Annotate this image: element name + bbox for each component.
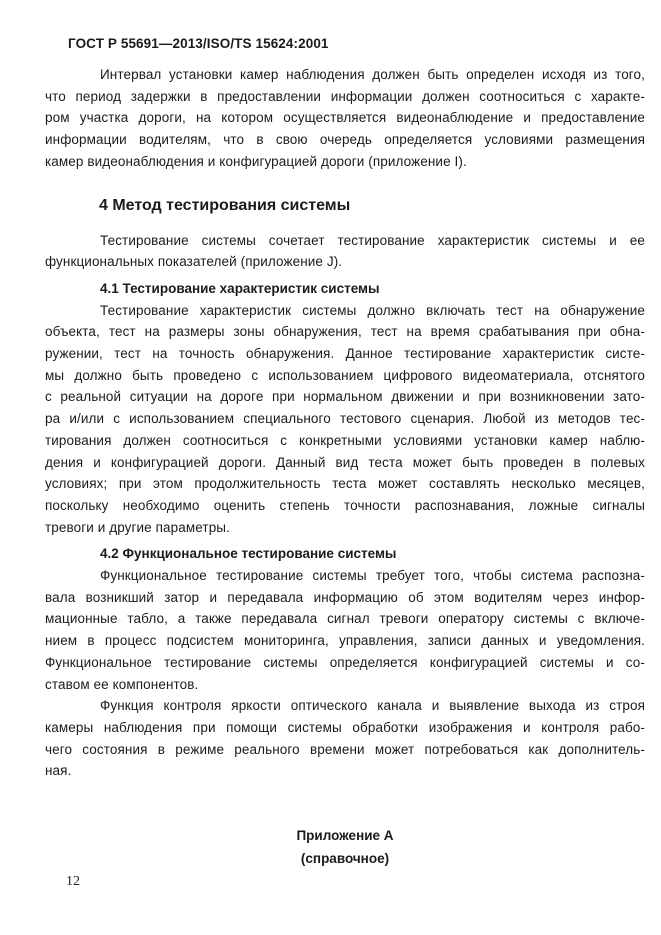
text-line: дения и конфигурацией дороги. Данный вид… [45,452,645,474]
document-body: Интервал установки камер наблюдения долж… [45,64,645,782]
text-line: ставом ее компонентов. [45,674,645,696]
text-line: Интервал установки камер наблюдения долж… [45,64,645,86]
document-page: ГОСТ Р 55691—2013/ISO/TS 15624:2001 Инте… [0,0,661,935]
text-line: мы должно быть проведено с использование… [45,365,645,387]
text-line: что период задержки в предоставлении инф… [45,86,645,108]
text-line: поскольку необходимо оценить степень точ… [45,495,645,517]
text-line: информации водителям, что в свою очередь… [45,129,645,151]
text-line: мационные табло, а также передавала сигн… [45,608,645,630]
section-heading: 4 Метод тестирования системы [45,195,645,217]
text-line: ром участка дороги, на котором осуществл… [45,107,645,129]
text-line: камер видеонаблюдения и конфигурацией до… [45,151,645,173]
text-line: Тестирование системы сочетает тестирован… [45,230,645,252]
text-line: ружении, тест на точность обнаружения. Д… [45,343,645,365]
paragraph: Функциональное тестирование системы треб… [45,565,645,695]
subsection-heading: 4.1 Тестирование характеристик системы [45,278,645,300]
text-line: объекта, тест на размеры зоны обнаружени… [45,321,645,343]
paragraph: Тестирование характеристик системы должн… [45,300,645,539]
text-line: тревоги и другие параметры. [45,517,645,539]
subsection-heading: 4.2 Функциональное тестирование системы [45,543,645,565]
appendix-heading: Приложение А (справочное) [45,824,645,870]
text-line: функциональных показателей (приложение J… [45,251,645,273]
text-line: тирования должен соотноситься с конкретн… [45,430,645,452]
text-line: условиях; при этом продолжительность тес… [45,473,645,495]
paragraph: Функция контроля яркости оптического кан… [45,695,645,782]
text-line: ная. [45,760,645,782]
text-line: нием в процесс подсистем мониторинга, уп… [45,630,645,652]
page-number: 12 [66,874,80,890]
paragraph: Тестирование системы сочетает тестирован… [45,230,645,273]
text-line: ра и/или с использованием специального т… [45,408,645,430]
text-line: Тестирование характеристик системы должн… [45,300,645,322]
text-line: с реальной ситуации на дороге при нормал… [45,386,645,408]
paragraph: Интервал установки камер наблюдения долж… [45,64,645,173]
text-line: камеры наблюдения при помощи системы обр… [45,717,645,739]
appendix-subtitle: (справочное) [45,847,645,870]
document-header: ГОСТ Р 55691—2013/ISO/TS 15624:2001 [45,33,645,55]
text-line: чего состояния в режиме реального времен… [45,739,645,761]
text-line: Функция контроля яркости оптического кан… [45,695,645,717]
text-line: Функциональное тестирование системы опре… [45,652,645,674]
appendix-title: Приложение А [45,824,645,847]
text-line: Функциональное тестирование системы треб… [45,565,645,587]
text-line: вала возникший затор и передавала информ… [45,587,645,609]
